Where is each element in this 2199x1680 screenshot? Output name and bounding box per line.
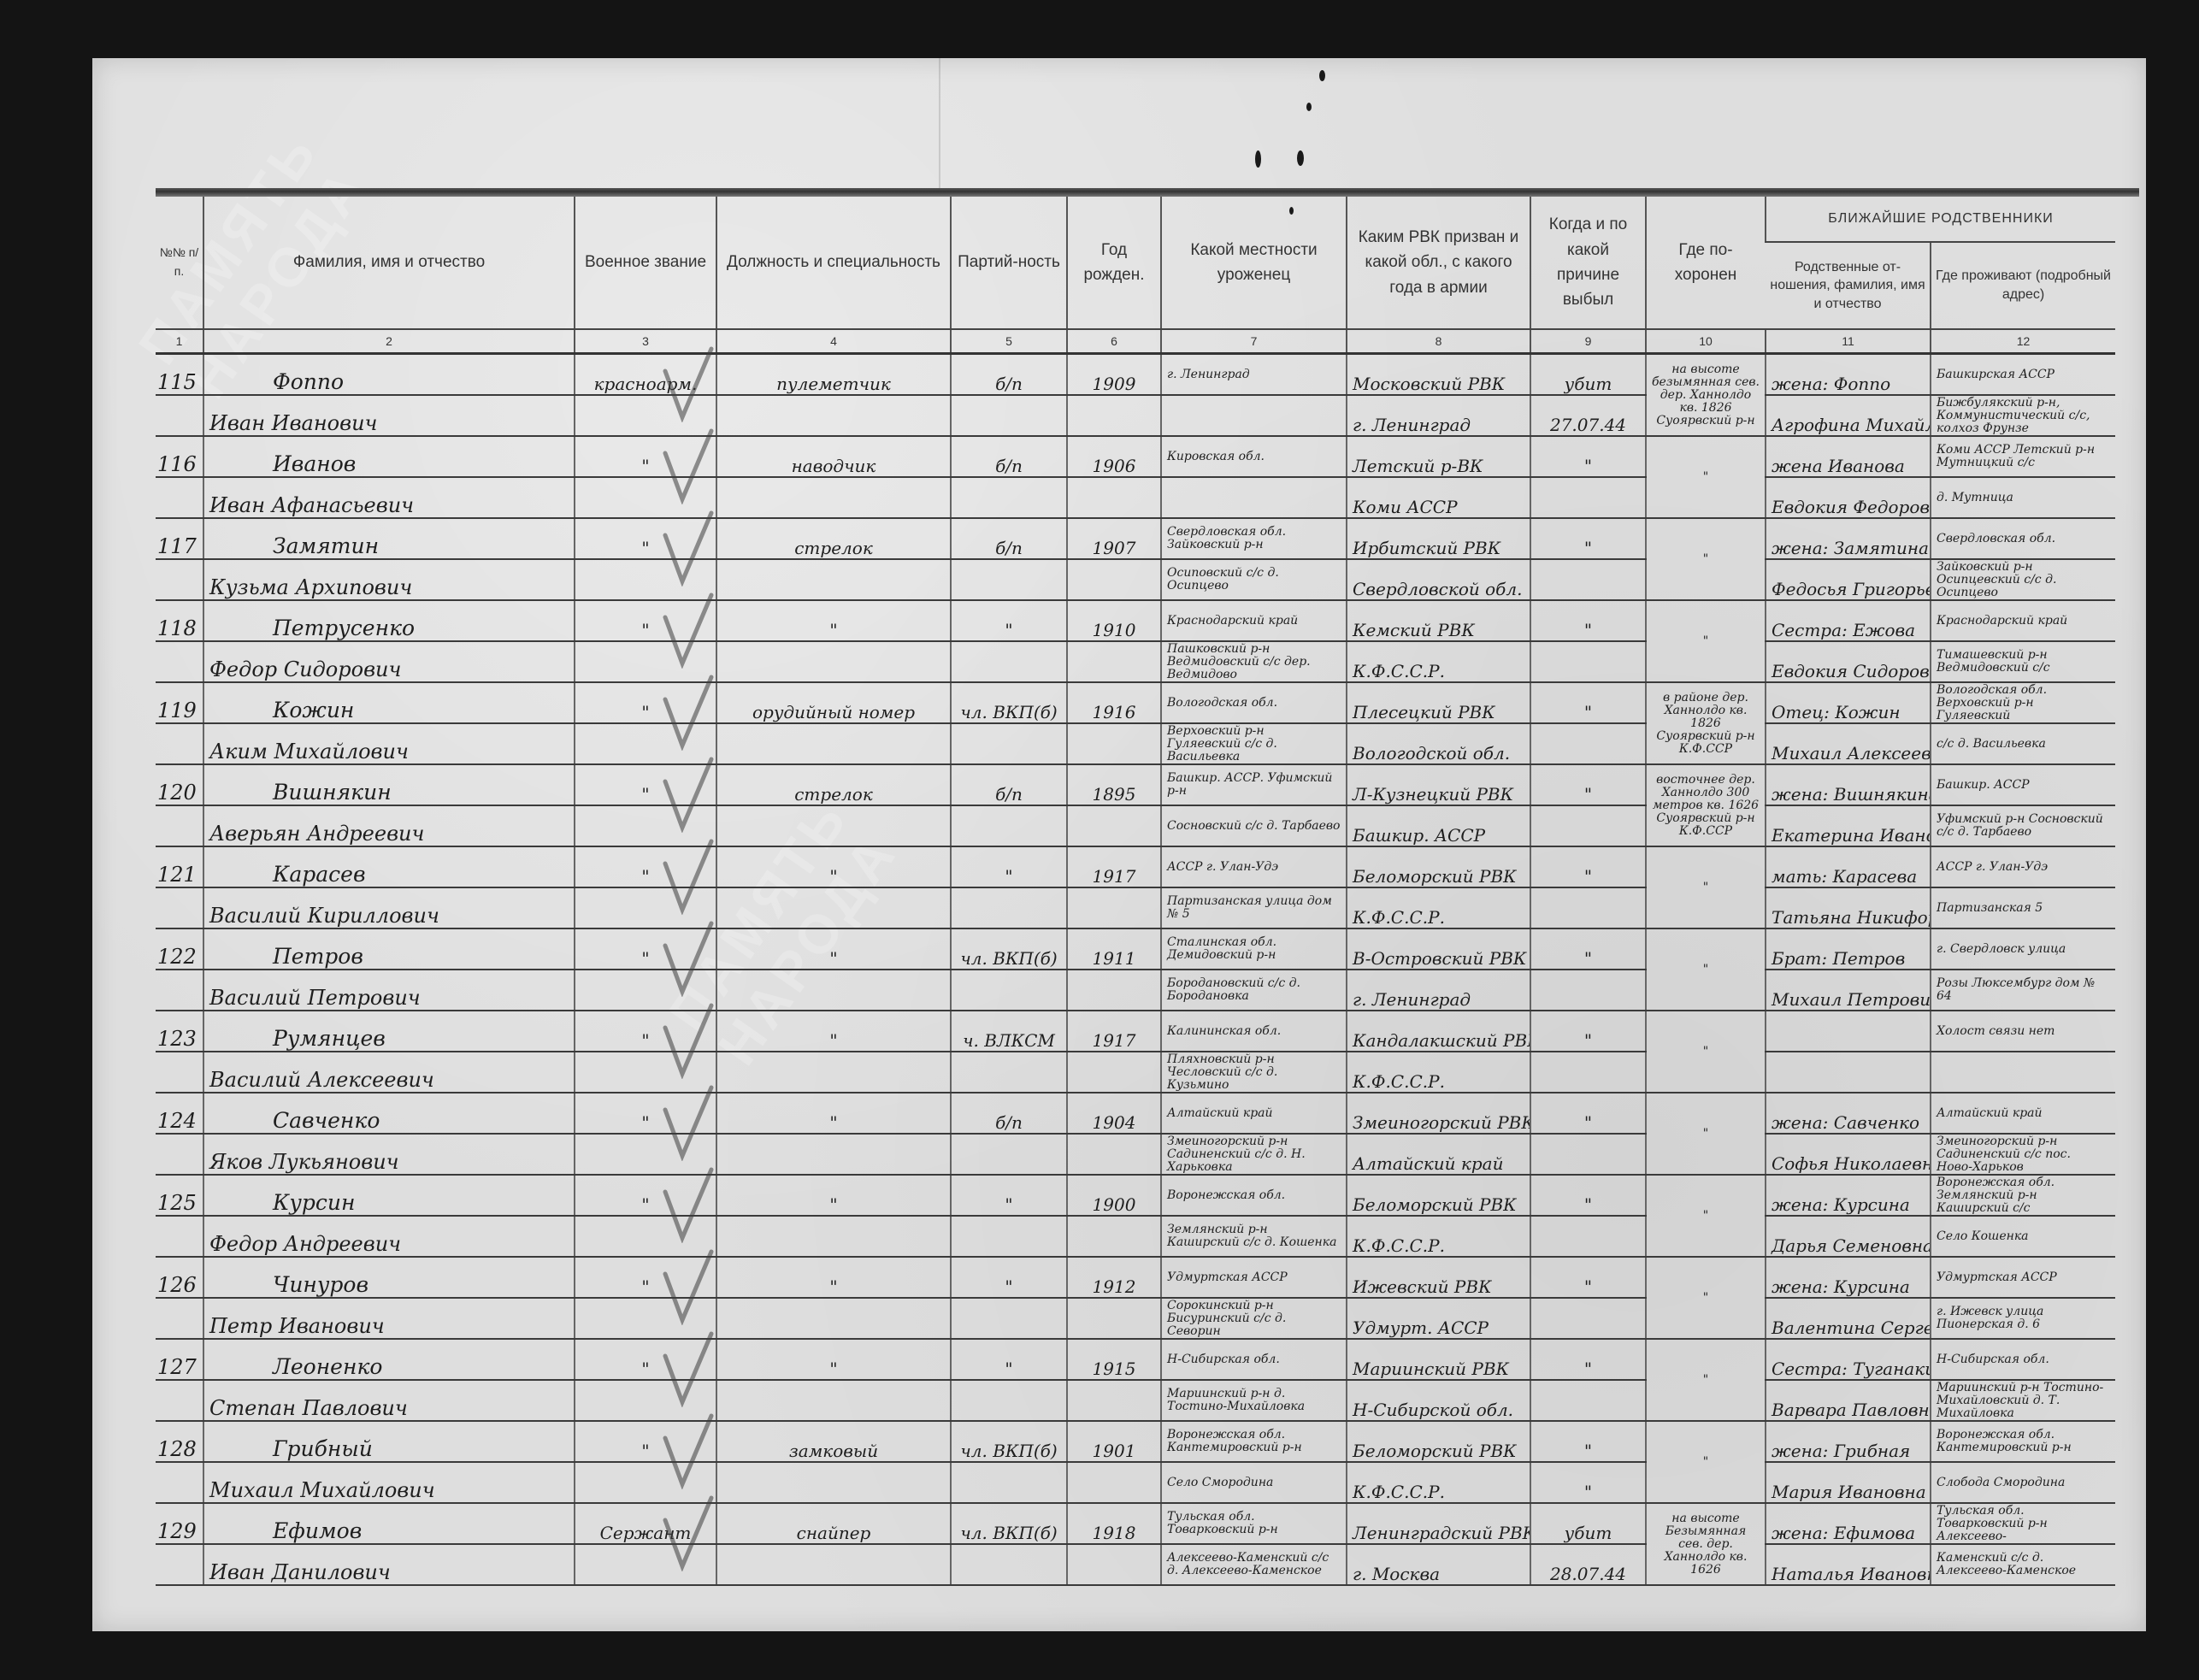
col-header-6: Год рожден. [1067,197,1161,329]
position: замковый [716,1421,951,1462]
table-row: 116Иванов"наводчикб/п1906Кировская обл.Л… [156,436,2115,477]
departure-date [1530,1134,1646,1175]
burial-place: восточнее дер. Ханнолдо 300 метров кв. 1… [1646,764,1766,846]
given-name-patronymic: Федор Сидорович [203,641,575,682]
birthplace-detail: Верховский р-н Гуляевский с/с д. Василье… [1161,723,1347,764]
entry-number: 126 [156,1257,203,1298]
blank-cell [575,805,716,846]
table-row: 127Леоненко"""1915Н-Сибирская обл.Мариин… [156,1339,2115,1380]
relative-address-detail: Партизанская 5 [1931,887,2115,928]
birth-year: 1910 [1067,600,1161,641]
table-row: Иван АфанасьевичКоми АССРЕвдокия Федоров… [156,477,2115,518]
position: " [716,928,951,970]
birth-year: 1918 [1067,1503,1161,1544]
birth-year: 1916 [1067,682,1161,723]
blank-cell [1067,1380,1161,1421]
relative-name: Михаил Алексеевич [1766,723,1931,764]
blank-cell [1067,1462,1161,1503]
relative-name: Екатерина Ивановна [1766,805,1931,846]
entry-mark [156,1216,203,1257]
blank-cell [951,1544,1067,1585]
surname: Кожин [203,682,575,723]
birthplace-detail: Змеиногорский р-н Садиненский с/с д. Н. … [1161,1134,1347,1175]
table-row: 122Петров""чл. ВКП(б)1911Сталинская обл.… [156,928,2115,970]
blank-cell [575,1216,716,1257]
surname: Замятин [203,518,575,559]
departure-date [1530,805,1646,846]
birthplace-detail: Пляхновский р-н Чесловский с/с д. Кузьми… [1161,1052,1347,1093]
position: " [716,1011,951,1052]
birthplace-detail: Сорокинский р-н Бисуринский с/с д. Севор… [1161,1298,1347,1339]
party-membership: чл. ВКП(б) [951,928,1067,970]
blank-cell [1067,477,1161,518]
blank-cell [716,723,951,764]
party-membership: б/п [951,518,1067,559]
col-header-2: Фамилия, имя и отчество [203,197,575,329]
ink-speck [1306,103,1312,111]
party-membership: чл. ВКП(б) [951,1503,1067,1544]
relative-address: Воронежская обл. Землянский р-н Каширски… [1931,1175,2115,1216]
given-name-patronymic: Василий Кириллович [203,887,575,928]
birthplace-detail: Пашковский р-н Ведмидовский с/с дер. Вед… [1161,641,1347,682]
conscription-region: Свердловской обл. [1347,559,1530,600]
blank-cell [1067,1052,1161,1093]
blank-cell [951,805,1067,846]
blank-cell [575,1544,716,1585]
departure-reason: " [1530,600,1646,641]
blank-cell [951,970,1067,1011]
departure-date [1530,970,1646,1011]
entry-number: 123 [156,1011,203,1052]
relative-address: г. Свердловск улица [1931,928,2115,970]
table-row: Василий КирилловичПартизанская улица дом… [156,887,2115,928]
birthplace-detail: Село Смородина [1161,1462,1347,1503]
conscription-office: Беломорский РВК [1347,1175,1530,1216]
col-header-9: Когда и по какой причине выбыл [1530,197,1646,329]
party-membership: б/п [951,436,1067,477]
burial-place: " [1646,846,1766,928]
party-membership: " [951,1339,1067,1380]
conscription-region: К.Ф.С.С.Р. [1347,887,1530,928]
surname: Петров [203,928,575,970]
col-header-1: №№ п/п. [156,197,203,329]
birthplace: Воронежская обл. [1161,1175,1347,1216]
entry-number: 122 [156,928,203,970]
burial-place: " [1646,1011,1766,1093]
entry-number: 118 [156,600,203,641]
entry-mark [156,395,203,436]
blank-cell [951,1380,1067,1421]
table-row: Иван Ивановичг. Ленинград27.07.44Агрофин… [156,395,2115,436]
relative-name: Агрофина Михайловна [1766,395,1931,436]
birthplace: Краснодарский край [1161,600,1347,641]
conscription-region: К.Ф.С.С.Р. [1347,1052,1530,1093]
conscription-region: Алтайский край [1347,1134,1530,1175]
column-number: 6 [1067,329,1161,354]
table-row: 120Вишнякин"стрелокб/п1895Башкир. АССР. … [156,764,2115,805]
birthplace: Калининская обл. [1161,1011,1347,1052]
conscription-office: Ижевский РВК [1347,1257,1530,1298]
departure-reason: " [1530,1257,1646,1298]
birthplace-detail: Алексеево-Каменский с/с д. Алексеево-Кам… [1161,1544,1347,1585]
burial-place: " [1646,928,1766,1011]
conscription-office: Беломорский РВК [1347,1421,1530,1462]
given-name-patronymic: Иван Данилович [203,1544,575,1585]
entry-number: 128 [156,1421,203,1462]
relative-address: Свердловская обл. [1931,518,2115,559]
blank-cell [951,395,1067,436]
departure-date [1530,477,1646,518]
burial-place: " [1646,1421,1766,1503]
given-name-patronymic: Аверьян Андреевич [203,805,575,846]
col-header-7: Какой местности уроженец [1161,197,1347,329]
given-name-patronymic: Кузьма Архипович [203,559,575,600]
conscription-region: Удмурт. АССР [1347,1298,1530,1339]
col-header-5: Партий-ность [951,197,1067,329]
birthplace: Вологодская обл. [1161,682,1347,723]
military-rank: красноарм. [575,354,716,396]
position: стрелок [716,518,951,559]
departure-reason: " [1530,764,1646,805]
relative-address-detail: с/с д. Васильевка [1931,723,2115,764]
burial-place: " [1646,436,1766,518]
column-number: 7 [1161,329,1347,354]
birthplace: Удмуртская АССР [1161,1257,1347,1298]
relative-relation: жена: Грибная [1766,1421,1931,1462]
table-row: Федор СидоровичПашковский р-н Ведмидовск… [156,641,2115,682]
relative-address-detail [1931,1052,2115,1093]
table-row: Василий АлексеевичПляхновский р-н Чеслов… [156,1052,2115,1093]
blank-cell [716,559,951,600]
column-number: 2 [203,329,575,354]
birthplace-detail: Бородановский с/с д. Бородановка [1161,970,1347,1011]
table-row: Кузьма АрхиповичОсиповский с/с д. Осипце… [156,559,2115,600]
table-row: Иван ДаниловичАлексеево-Каменский с/с д.… [156,1544,2115,1585]
birthplace-detail: Сосновский с/с д. Тарбаево [1161,805,1347,846]
column-number: 4 [716,329,951,354]
given-name-patronymic: Петр Иванович [203,1298,575,1339]
birthplace: АССР г. Улан-Удэ [1161,846,1347,887]
column-number: 12 [1931,329,2115,354]
departure-reason: " [1530,1175,1646,1216]
conscription-office: Плесецкий РВК [1347,682,1530,723]
party-membership: чл. ВКП(б) [951,1421,1067,1462]
col-header-10: Где по-хоронен [1646,197,1766,329]
burial-place: на высоте безымянная сев. дер. Ханнолдо … [1646,354,1766,437]
table-row: 124Савченко""б/п1904Алтайский крайЗмеино… [156,1093,2115,1134]
birth-year: 1911 [1067,928,1161,970]
entry-mark [156,1380,203,1421]
conscription-office: Ленинградский РВК [1347,1503,1530,1544]
departure-date [1530,641,1646,682]
relative-address-detail: Бижбулякский р-н, Коммунистический с/с, … [1931,395,2115,436]
table-row: Михаил МихайловичСело СмородинаК.Ф.С.С.Р… [156,1462,2115,1503]
relative-address-detail: Село Кошенка [1931,1216,2115,1257]
relative-relation: Сестра: Ежова [1766,600,1931,641]
relative-relation: мать: Карасева [1766,846,1931,887]
position: " [716,600,951,641]
birthplace: Кировская обл. [1161,436,1347,477]
blank-cell [951,1298,1067,1339]
surname: Фоппо [203,354,575,396]
departure-date: 27.07.44 [1530,395,1646,436]
relative-address-detail: Розы Люксембург дом № 64 [1931,970,2115,1011]
departure-reason: " [1530,436,1646,477]
relative-name: Татьяна Никифоровна [1766,887,1931,928]
entry-number: 129 [156,1503,203,1544]
table-row: 119Кожин"орудийный номерчл. ВКП(б)1916Во… [156,682,2115,723]
table-row: Аверьян АндреевичСосновский с/с д. Тарба… [156,805,2115,846]
entry-number: 121 [156,846,203,887]
entry-number: 119 [156,682,203,723]
given-name-patronymic: Василий Алексеевич [203,1052,575,1093]
birth-year: 1917 [1067,846,1161,887]
relative-address: Башкирская АССР [1931,354,2115,396]
col-header-8: Каким РВК призван и какой обл., с какого… [1347,197,1530,329]
departure-date [1530,1216,1646,1257]
relative-address: Н-Сибирская обл. [1931,1339,2115,1380]
relative-relation: жена: Фоппо [1766,354,1931,396]
ink-speck [1255,150,1261,168]
departure-reason: " [1530,928,1646,970]
birth-year: 1895 [1067,764,1161,805]
position: пулеметчик [716,354,951,396]
birthplace-detail: Мариинский р-н д. Тостино-Михайловка [1161,1380,1347,1421]
conscription-office: Кемский РВК [1347,600,1530,641]
blank-cell [716,641,951,682]
birth-year: 1906 [1067,436,1161,477]
relative-name: Софья Николаевна [1766,1134,1931,1175]
party-membership: " [951,600,1067,641]
birth-year: 1915 [1067,1339,1161,1380]
entry-mark [156,887,203,928]
blank-cell [1067,641,1161,682]
blank-cell [716,1298,951,1339]
table-row: 121Карасев"""1917АССР г. Улан-УдэБеломор… [156,846,2115,887]
entry-number: 125 [156,1175,203,1216]
table-row: Петр ИвановичСорокинский р-н Бисуринский… [156,1298,2115,1339]
table-row: Федор АндреевичЗемлянский р-н Каширский … [156,1216,2115,1257]
military-rank: " [575,1093,716,1134]
blank-cell [951,1462,1067,1503]
departure-reason: убит [1530,1503,1646,1544]
conscription-region: г. Ленинград [1347,970,1530,1011]
departure-date [1530,723,1646,764]
blank-cell [951,477,1067,518]
blank-cell [716,1216,951,1257]
table-row: 126Чинуров"""1912Удмуртская АССРИжевский… [156,1257,2115,1298]
relative-relation: Отец: Кожин [1766,682,1931,723]
burial-place: на высоте Безымянная сев. дер. Ханнолдо … [1646,1503,1766,1585]
blank-cell [716,805,951,846]
birthplace: Воронежская обл. Кантемировский р-н [1161,1421,1347,1462]
table-row: 129ЕфимовСержантснайперчл. ВКП(б)1918Тул… [156,1503,2115,1544]
column-number: 1 [156,329,203,354]
blank-cell [1067,887,1161,928]
departure-date: " [1530,1462,1646,1503]
party-membership: чл. ВКП(б) [951,682,1067,723]
birthplace: Сталинская обл. Демидовский р-н [1161,928,1347,970]
relative-relation: жена: Ефимова [1766,1503,1931,1544]
party-membership: " [951,846,1067,887]
blank-cell [1067,970,1161,1011]
relative-relation: жена: Курсина [1766,1257,1931,1298]
table-row: Василий ПетровичБородановский с/с д. Бор… [156,970,2115,1011]
relative-name: Евдокия Федоровна [1766,477,1931,518]
military-rank: " [575,682,716,723]
blank-cell [575,477,716,518]
relative-relation: Сестра: Туганакина [1766,1339,1931,1380]
blank-cell [575,395,716,436]
column-number: 10 [1646,329,1766,354]
relative-relation: жена: Вишнякина [1766,764,1931,805]
military-rank: " [575,764,716,805]
table-row: 125Курсин"""1900Воронежская обл.Беломорс… [156,1175,2115,1216]
relative-address-detail: Змеиногорский р-н Садиненский с/с пос. Н… [1931,1134,2115,1175]
entry-mark [156,1134,203,1175]
surname: Карасев [203,846,575,887]
blank-cell [575,1134,716,1175]
departure-date [1530,1380,1646,1421]
blank-cell [1067,1298,1161,1339]
relative-address-detail: Уфимский р-н Сосновский с/с д. Тарбаево [1931,805,2115,846]
relative-name [1766,1052,1931,1093]
blank-cell [716,1462,951,1503]
departure-reason: " [1530,1011,1646,1052]
table-row: Степан ПавловичМариинский р-н д. Тостино… [156,1380,2115,1421]
relative-name: Федосья Григорьевна [1766,559,1931,600]
relative-address: Вологодская обл. Верховский р-н Гуляевск… [1931,682,2115,723]
birth-year: 1900 [1067,1175,1161,1216]
given-name-patronymic: Степан Павлович [203,1380,575,1421]
blank-cell [951,723,1067,764]
position: наводчик [716,436,951,477]
blank-cell [951,1216,1067,1257]
relative-address-detail: д. Мутница [1931,477,2115,518]
relatives-group-header: БЛИЖАЙШИЕ РОДСТВЕННИКИ [1766,197,2115,242]
relative-address: Холост связи нет [1931,1011,2115,1052]
birthplace: Башкир. АССР. Уфимский р-н [1161,764,1347,805]
entry-number: 115 [156,354,203,396]
relative-name: Варвара Павловна [1766,1380,1931,1421]
entry-mark [156,723,203,764]
party-membership: " [951,1175,1067,1216]
burial-place: " [1646,1257,1766,1339]
table-row: 118Петрусенко"""1910Краснодарский крайКе… [156,600,2115,641]
birth-year: 1907 [1067,518,1161,559]
burial-place: " [1646,1093,1766,1175]
blank-cell [575,1462,716,1503]
column-number: 5 [951,329,1067,354]
conscription-region: г. Ленинград [1347,395,1530,436]
surname: Чинуров [203,1257,575,1298]
relative-address-detail: Зайковский р-н Осипцевский с/с д. Осипце… [1931,559,2115,600]
military-rank: " [575,1011,716,1052]
blank-cell [1067,559,1161,600]
entry-mark [156,1544,203,1585]
column-number: 8 [1347,329,1530,354]
relative-address: Удмуртская АССР [1931,1257,2115,1298]
ink-speck [1319,70,1325,81]
relative-address-detail: г. Ижевск улица Пионерская д. 6 [1931,1298,2115,1339]
relative-address: АССР г. Улан-Удэ [1931,846,2115,887]
conscription-office: Мариинский РВК [1347,1339,1530,1380]
blank-cell [716,1052,951,1093]
surname: Курсин [203,1175,575,1216]
departure-reason: убит [1530,354,1646,396]
surname: Петрусенко [203,600,575,641]
relative-address: Воронежская обл. Кантемировский р-н [1931,1421,2115,1462]
birthplace: Тульская обл. Товарковский р-н [1161,1503,1347,1544]
entry-number: 117 [156,518,203,559]
relative-address-detail: Каменский с/с д. Алексеево-Каменское [1931,1544,2115,1585]
birth-year: 1912 [1067,1257,1161,1298]
birthplace: г. Ленинград [1161,354,1347,396]
conscription-office: Змеиногорский РВК [1347,1093,1530,1134]
conscription-office: Л-Кузнецкий РВК [1347,764,1530,805]
blank-cell [575,887,716,928]
surname: Вишнякин [203,764,575,805]
given-name-patronymic: Яков Лукьянович [203,1134,575,1175]
blank-cell [951,1134,1067,1175]
military-rank: Сержант [575,1503,716,1544]
conscription-region: Н-Сибирской обл. [1347,1380,1530,1421]
blank-cell [1067,395,1161,436]
conscription-region: Вологодской обл. [1347,723,1530,764]
relative-name: Наталья Ивановна [1766,1544,1931,1585]
party-membership: б/п [951,354,1067,396]
relative-address-detail: Мариинский р-н Тостино-Михайловский д. Т… [1931,1380,2115,1421]
table-row: 117Замятин"стрелокб/п1907Свердловская об… [156,518,2115,559]
position: " [716,846,951,887]
military-rank: " [575,1339,716,1380]
burial-place: " [1646,1339,1766,1421]
table-row: 123Румянцев""ч. ВЛКСМ1917Калининская обл… [156,1011,2115,1052]
blank-cell [575,970,716,1011]
surname: Леоненко [203,1339,575,1380]
conscription-region: Коми АССР [1347,477,1530,518]
birthplace-detail: Осиповский с/с д. Осипцево [1161,559,1347,600]
military-rank: " [575,846,716,887]
entry-number: 127 [156,1339,203,1380]
burial-place: " [1646,600,1766,682]
military-rank: " [575,1175,716,1216]
surname: Ефимов [203,1503,575,1544]
blank-cell [1067,805,1161,846]
party-membership: б/п [951,764,1067,805]
table-row: 115Фоппокрасноарм.пулеметчикб/п1909г. Ле… [156,354,2115,396]
blank-cell [716,970,951,1011]
relative-relation: жена: Курсина [1766,1175,1931,1216]
entry-mark [156,1298,203,1339]
blank-cell [716,477,951,518]
birthplace: Н-Сибирская обл. [1161,1339,1347,1380]
blank-cell [575,723,716,764]
surname: Румянцев [203,1011,575,1052]
birthplace: Алтайский край [1161,1093,1347,1134]
relative-name: Валентина Сергеевна [1766,1298,1931,1339]
conscription-office: Летский р-ВК [1347,436,1530,477]
departure-reason: " [1530,1421,1646,1462]
position: " [716,1175,951,1216]
conscription-region: К.Ф.С.С.Р. [1347,1462,1530,1503]
conscription-region: г. Москва [1347,1544,1530,1585]
entry-mark [156,970,203,1011]
blank-cell [1067,723,1161,764]
blank-cell [951,1052,1067,1093]
blank-cell [716,395,951,436]
position: снайпер [716,1503,951,1544]
